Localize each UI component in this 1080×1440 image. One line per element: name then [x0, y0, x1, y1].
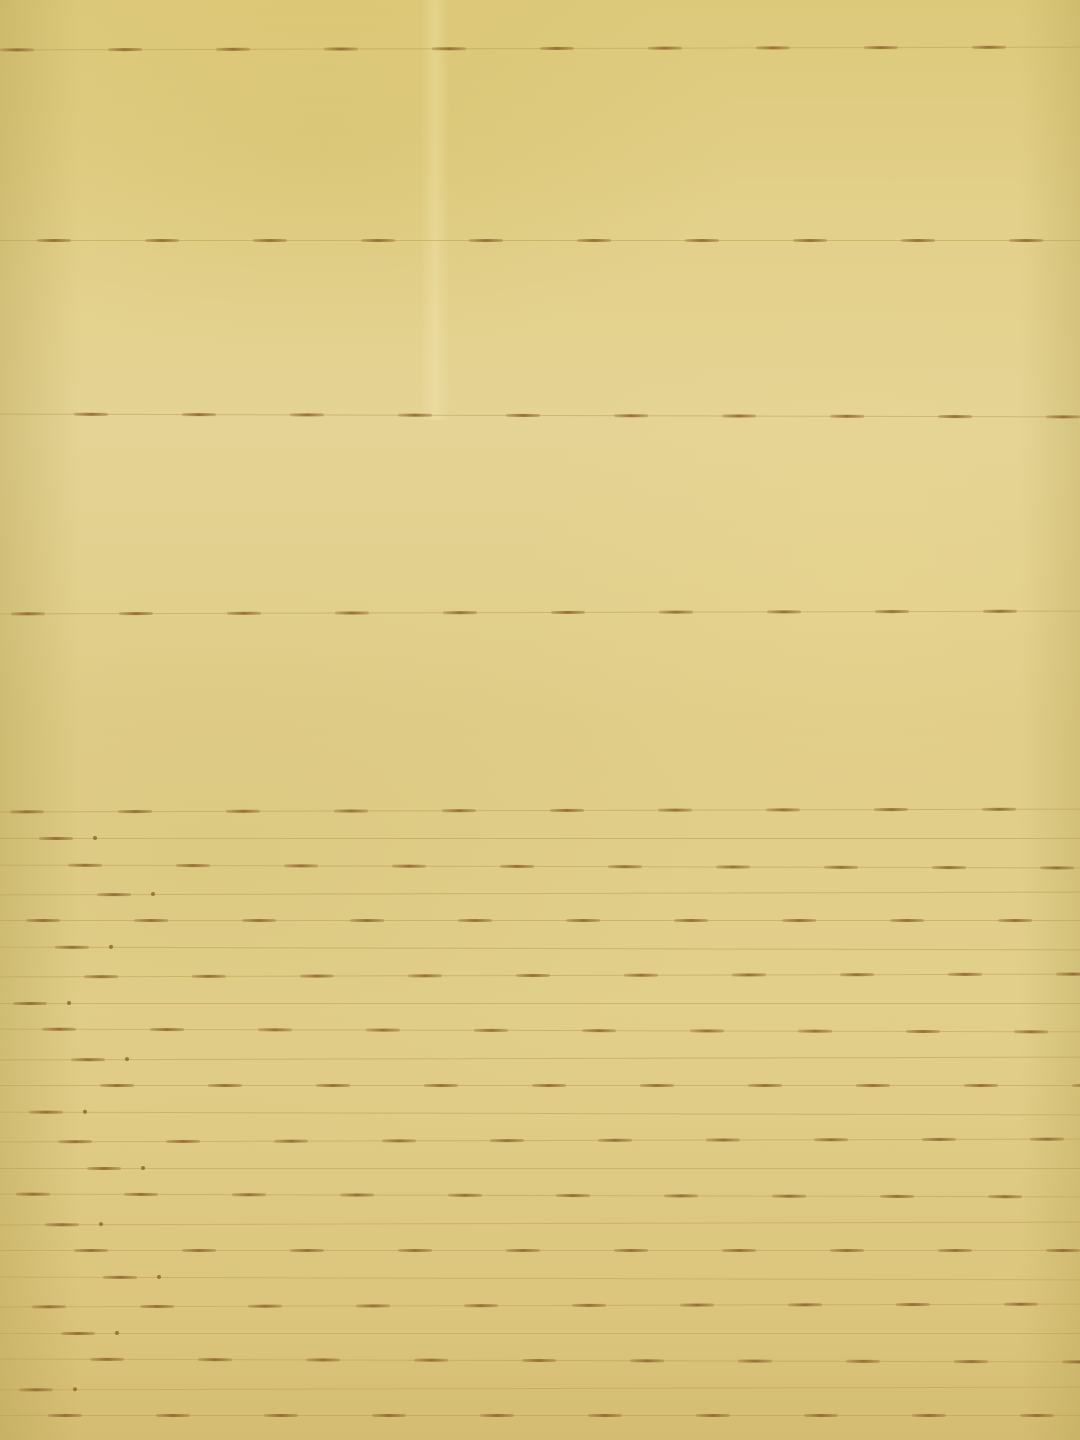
- zari-dash: [29, 1111, 63, 1114]
- stripe-row: [0, 1003, 1080, 1005]
- zari-dash: [350, 919, 384, 922]
- zari-dash: [182, 1249, 216, 1252]
- stripe-row: [0, 809, 1080, 814]
- zari-dash: [1072, 1084, 1080, 1087]
- sequin: [99, 1222, 103, 1226]
- zari-dash: [242, 919, 276, 922]
- zari-dash: [1004, 1303, 1038, 1306]
- gold-thread: [0, 1139, 1080, 1143]
- gold-thread: [0, 947, 1080, 951]
- zari-dash: [306, 1358, 340, 1361]
- zari-dash: [506, 414, 540, 417]
- zari-dash: [100, 1084, 134, 1087]
- zari-dash: [414, 1359, 448, 1362]
- zari-dash: [356, 1304, 390, 1307]
- sequin: [109, 945, 113, 949]
- zari-dash: [103, 1276, 137, 1279]
- zari-dash: [658, 809, 692, 812]
- zari-dash: [824, 866, 858, 869]
- sequin: [93, 836, 97, 840]
- zari-dash: [284, 864, 318, 867]
- fabric-fold: [420, 0, 450, 420]
- zari-dash: [290, 1249, 324, 1252]
- stripe-row: [0, 1277, 1080, 1282]
- stripe-row: [0, 1222, 1080, 1227]
- stripe-row: [0, 1168, 1080, 1170]
- zari-dash: [532, 1084, 566, 1087]
- zari-dash: [11, 612, 45, 615]
- zari-dash: [392, 865, 426, 868]
- zari-dash: [630, 1359, 664, 1362]
- stripe-row: [0, 1387, 1080, 1392]
- zari-dash: [16, 1193, 50, 1196]
- stripe-row: [0, 1304, 1080, 1309]
- zari-dash: [696, 1414, 730, 1417]
- zari-dash: [97, 893, 131, 896]
- zari-dash: [71, 1058, 105, 1061]
- zari-dash: [766, 808, 800, 811]
- zari-dash: [830, 415, 864, 418]
- stripe-row: [0, 947, 1080, 952]
- zari-dash: [192, 975, 226, 978]
- zari-dash: [972, 46, 1006, 49]
- zari-dash: [248, 1305, 282, 1308]
- zari-dash: [856, 1084, 890, 1087]
- zari-dash: [896, 1303, 930, 1306]
- gold-thread: [0, 1222, 1080, 1226]
- sequin: [151, 892, 155, 896]
- zari-dash: [156, 1414, 190, 1417]
- zari-dash: [566, 919, 600, 922]
- zari-dash: [640, 1084, 674, 1087]
- gold-thread: [0, 611, 1080, 615]
- gold-thread: [0, 865, 1080, 869]
- stripe-row: [0, 1057, 1080, 1062]
- zari-dash: [1009, 239, 1043, 242]
- zari-dash: [798, 1030, 832, 1033]
- gold-thread: [0, 1277, 1080, 1281]
- gold-thread: [0, 1333, 1080, 1334]
- zari-dash: [551, 611, 585, 614]
- zari-dash: [906, 1030, 940, 1033]
- stripe-row: [0, 974, 1080, 979]
- stripe-row: [0, 1112, 1080, 1117]
- zari-dash: [258, 1028, 292, 1031]
- zari-dash: [10, 810, 44, 813]
- zari-dash: [556, 1194, 590, 1197]
- stripe-row: [0, 240, 1080, 242]
- zari-dash: [522, 1359, 556, 1362]
- zari-dash: [614, 1249, 648, 1252]
- zari-dash: [300, 975, 334, 978]
- zari-dash: [674, 919, 708, 922]
- zari-dash: [45, 1223, 79, 1226]
- zari-dash: [13, 1002, 47, 1005]
- stripe-row: [0, 1194, 1080, 1199]
- zari-dash: [182, 413, 216, 416]
- stripe-row: [0, 611, 1080, 616]
- zari-dash: [890, 919, 924, 922]
- zari-dash: [408, 974, 442, 977]
- zari-dash: [788, 1303, 822, 1306]
- zari-dash: [716, 865, 750, 868]
- zari-dash: [624, 974, 658, 977]
- zari-dash: [572, 1304, 606, 1307]
- zari-dash: [119, 612, 153, 615]
- zari-dash: [738, 1360, 772, 1363]
- zari-dash: [469, 239, 503, 242]
- zari-dash: [227, 612, 261, 615]
- zari-dash: [253, 239, 287, 242]
- zari-dash: [540, 47, 574, 50]
- zari-dash: [37, 239, 71, 242]
- zari-dash: [464, 1304, 498, 1307]
- zari-dash: [516, 974, 550, 977]
- stripe-row: [0, 47, 1080, 52]
- zari-dash: [588, 1414, 622, 1417]
- zari-dash: [782, 919, 816, 922]
- gold-thread: [0, 1057, 1080, 1061]
- zari-dash: [814, 1138, 848, 1141]
- fabric-texture: [0, 0, 1080, 1440]
- zari-dash: [42, 1028, 76, 1031]
- zari-dash: [680, 1304, 714, 1307]
- zari-dash: [108, 48, 142, 51]
- zari-dash: [664, 1194, 698, 1197]
- zari-dash: [732, 973, 766, 976]
- zari-dash: [830, 1249, 864, 1252]
- zari-dash: [0, 48, 34, 51]
- zari-dash: [864, 46, 898, 49]
- stripe-row: [0, 1359, 1080, 1364]
- zari-dash: [500, 865, 534, 868]
- zari-dash: [382, 1139, 416, 1142]
- zari-dash: [61, 1332, 95, 1335]
- zari-dash: [954, 1360, 988, 1363]
- sequin: [73, 1387, 77, 1391]
- sequin: [67, 1001, 71, 1005]
- zari-dash: [964, 1084, 998, 1087]
- zari-dash: [124, 1193, 158, 1196]
- stripe-row: [0, 414, 1080, 419]
- zari-dash: [118, 810, 152, 813]
- gold-thread: [0, 1003, 1080, 1004]
- gold-thread: [0, 809, 1080, 813]
- zari-dash: [912, 1414, 946, 1417]
- zari-dash: [140, 1305, 174, 1308]
- zari-dash: [722, 1249, 756, 1252]
- sequin: [83, 1110, 87, 1114]
- sequin: [157, 1275, 161, 1279]
- zari-dash: [84, 975, 118, 978]
- stripe-row: [0, 1139, 1080, 1144]
- zari-dash: [134, 919, 168, 922]
- zari-dash: [840, 973, 874, 976]
- zari-dash: [474, 1029, 508, 1032]
- gold-thread: [0, 892, 1080, 896]
- zari-dash: [598, 1139, 632, 1142]
- zari-dash: [340, 1193, 374, 1196]
- zari-dash: [361, 239, 395, 242]
- zari-dash: [938, 415, 972, 418]
- zari-dash: [875, 610, 909, 613]
- sequin: [125, 1057, 129, 1061]
- zari-dash: [1062, 1360, 1080, 1363]
- gold-thread: [0, 1168, 1080, 1169]
- zari-dash: [1056, 973, 1080, 976]
- zari-dash: [232, 1193, 266, 1196]
- zari-dash: [846, 1360, 880, 1363]
- zari-dash: [988, 1195, 1022, 1198]
- zari-dash: [372, 1414, 406, 1417]
- stripe-row: [0, 1333, 1080, 1335]
- zari-dash: [793, 239, 827, 242]
- zari-dash: [443, 611, 477, 614]
- zari-dash: [74, 413, 108, 416]
- zari-dash: [932, 866, 966, 869]
- zari-dash: [316, 1084, 350, 1087]
- zari-dash: [398, 414, 432, 417]
- zari-dash: [722, 414, 756, 417]
- zari-dash: [659, 611, 693, 614]
- zari-dash: [772, 1195, 806, 1198]
- zari-dash: [608, 865, 642, 868]
- zari-dash: [87, 1167, 121, 1170]
- gold-thread: [0, 1387, 1080, 1391]
- zari-dash: [938, 1249, 972, 1252]
- zari-dash: [706, 1138, 740, 1141]
- zari-dash: [198, 1358, 232, 1361]
- zari-dash: [324, 47, 358, 50]
- zari-dash: [39, 837, 73, 840]
- zari-dash: [68, 864, 102, 867]
- stripe-row: [0, 1029, 1080, 1034]
- zari-dash: [216, 48, 250, 51]
- zari-dash: [334, 809, 368, 812]
- zari-dash: [274, 1140, 308, 1143]
- zari-dash: [366, 1029, 400, 1032]
- zari-dash: [424, 1084, 458, 1087]
- stripe-row: [0, 865, 1080, 870]
- right-shadow: [1020, 0, 1080, 1440]
- stripe-row: [0, 1250, 1080, 1252]
- zari-dash: [1046, 1249, 1080, 1252]
- stripe-row: [0, 892, 1080, 897]
- zari-dash: [480, 1414, 514, 1417]
- zari-dash: [948, 973, 982, 976]
- zari-dash: [150, 1028, 184, 1031]
- sequin: [115, 1331, 119, 1335]
- zari-dash: [226, 810, 260, 813]
- zari-dash: [577, 239, 611, 242]
- zari-dash: [264, 1414, 298, 1417]
- stripe-row: [0, 1085, 1080, 1087]
- zari-dash: [756, 46, 790, 49]
- zari-dash: [582, 1029, 616, 1032]
- zari-dash: [685, 239, 719, 242]
- zari-dash: [448, 1194, 482, 1197]
- zari-dash: [48, 1414, 82, 1417]
- zari-dash: [804, 1414, 838, 1417]
- zari-dash: [290, 413, 324, 416]
- zari-dash: [55, 946, 89, 949]
- zari-dash: [550, 809, 584, 812]
- zari-dash: [335, 611, 369, 614]
- zari-dash: [19, 1388, 53, 1391]
- zari-dash: [166, 1140, 200, 1143]
- zari-dash: [1040, 866, 1074, 869]
- zari-dash: [58, 1140, 92, 1143]
- gold-thread: [0, 838, 1080, 839]
- zari-dash: [874, 808, 908, 811]
- gold-thread: [0, 1112, 1080, 1116]
- zari-dash: [982, 808, 1016, 811]
- zari-dash: [922, 1138, 956, 1141]
- zari-dash: [490, 1139, 524, 1142]
- zari-dash: [432, 47, 466, 50]
- zari-dash: [458, 919, 492, 922]
- zari-dash: [1030, 1138, 1064, 1141]
- stripe-row: [0, 1415, 1080, 1417]
- zari-dash: [176, 864, 210, 867]
- stripe-row: [0, 920, 1080, 922]
- stripe-row: [0, 838, 1080, 840]
- zari-dash: [748, 1084, 782, 1087]
- gold-thread: [0, 1194, 1080, 1198]
- zari-dash: [442, 809, 476, 812]
- zari-dash: [614, 414, 648, 417]
- zari-dash: [983, 610, 1017, 613]
- sequin: [141, 1166, 145, 1170]
- zari-dash: [1046, 415, 1080, 418]
- zari-dash: [648, 47, 682, 50]
- gold-thread: [0, 1250, 1080, 1251]
- zari-dash: [26, 919, 60, 922]
- zari-dash: [767, 610, 801, 613]
- zari-dash: [208, 1084, 242, 1087]
- zari-dash: [880, 1195, 914, 1198]
- zari-dash: [901, 239, 935, 242]
- zari-dash: [690, 1029, 724, 1032]
- zari-dash: [32, 1305, 66, 1308]
- zari-dash: [1014, 1030, 1048, 1033]
- zari-dash: [398, 1249, 432, 1252]
- zari-dash: [145, 239, 179, 242]
- zari-dash: [1020, 1414, 1054, 1417]
- zari-dash: [90, 1358, 124, 1361]
- zari-dash: [74, 1249, 108, 1252]
- zari-dash: [998, 919, 1032, 922]
- zari-dash: [506, 1249, 540, 1252]
